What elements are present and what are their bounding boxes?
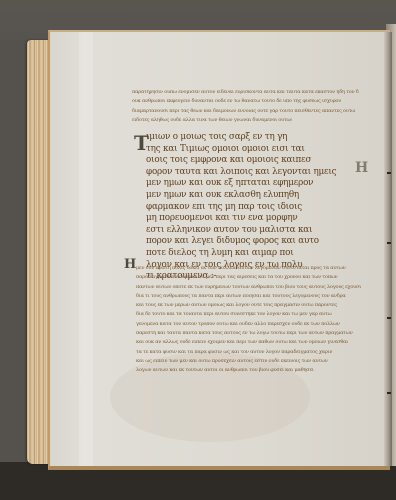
text-line: ιμιων ο μοιως τοις σαρξ εν τη γη [146, 132, 342, 144]
text-line: μη πορευομενοι και τιν ενα μορφην [146, 213, 342, 225]
text-line: οιοις τοις εμφρονα και ομοιοις καιπεσ [146, 155, 342, 167]
text-line: διαμαρτανουσι περι τας θεων και δαιμονων… [132, 107, 364, 116]
text-line: πορον και λεγει διδυμος φορος και αυτο [146, 236, 342, 248]
text-line: παρατηρησιν ουπω ενομισεν αυτον ειδεναι … [132, 88, 364, 97]
commentary-bottom: μεν ουν πρωτη πολις δοκει εκ των πολλων … [136, 264, 364, 376]
text-line: της και Τιμιως ομοιοι ομοιοι εισι ται [146, 144, 342, 156]
text-line: ποτε διελος τη λυμη και αιμαρ ποι [146, 248, 342, 260]
text-line: μεν ημων και ουκ εκλασθη ελυπηθη [146, 190, 342, 202]
manuscript-page: παρατηρησιν ουπω ενομισεν αυτον ειδεναι … [48, 30, 390, 470]
binding-gutter [384, 32, 392, 466]
commentary-initial: Η [124, 257, 136, 272]
marginal-mark: Η [355, 160, 368, 176]
fold-strip [79, 32, 93, 466]
text-line: γενομενα κατα τον αυτον τροπον ουτω και … [136, 320, 364, 329]
stitch [387, 242, 391, 244]
main-text: ιμιων ο μοιως τοις σαρξ εν τη γη της και… [146, 132, 342, 283]
text-line: φορον ταυτα και λοιποις και λεγονται ημε… [146, 167, 342, 179]
text-line: και τους εκ των μερων αυτων ομοιως και λ… [136, 301, 364, 310]
text-line: και ουκ αν αλλως ουδε ειπειν εχοιμεν και… [136, 338, 364, 347]
text-line: μεν ημων και ουκ εξ ηπταται εφημερον [146, 178, 342, 190]
text-line: λογων αυτων και εκ τουτων αυτοι οι ανθρω… [136, 366, 364, 375]
text-line: ουκ ανθρωποι εκφευγειν δυνανται ουδε εν … [132, 97, 364, 106]
commentary-top: παρατηρησιν ουπω ενομισεν αυτον ειδεναι … [132, 88, 364, 125]
text-line: παρεστη και ταυτα παντα κατα τους αυτους… [136, 329, 364, 338]
stitch [387, 392, 391, 394]
text-line: μεν ουν πρωτη πολις δοκει εκ των πολλων … [136, 264, 364, 273]
text-line: δια δε τουτο και τα τοιαυτα περι αυτου σ… [136, 310, 364, 319]
text-line: φαρμακον επι της μη παρ τοις ιδιοις [146, 202, 342, 214]
text-line: ειδοτες αληθως ουδε αλλα τινα των θειων … [132, 116, 292, 125]
text-line: δια τι τους ανθρωπους τα παντα περι αυτω… [136, 292, 364, 301]
text-line: και ως ειπειν των μεν και ουτω προσεχειν… [136, 357, 364, 366]
text-line: παραδειγματα ποιουμενοι τα μεν περι τας … [136, 273, 364, 282]
stitch [387, 172, 391, 174]
stitch [387, 317, 391, 319]
text-line: εστι ελληνικον αυτον του μαλιστα και [146, 225, 342, 237]
text-line: τα τε κατα φυσιν και τα παρα φυσιν ως κα… [136, 348, 364, 357]
text-line: παντων αυτων οποτε εκ των ευρημενων τουτ… [136, 283, 364, 292]
